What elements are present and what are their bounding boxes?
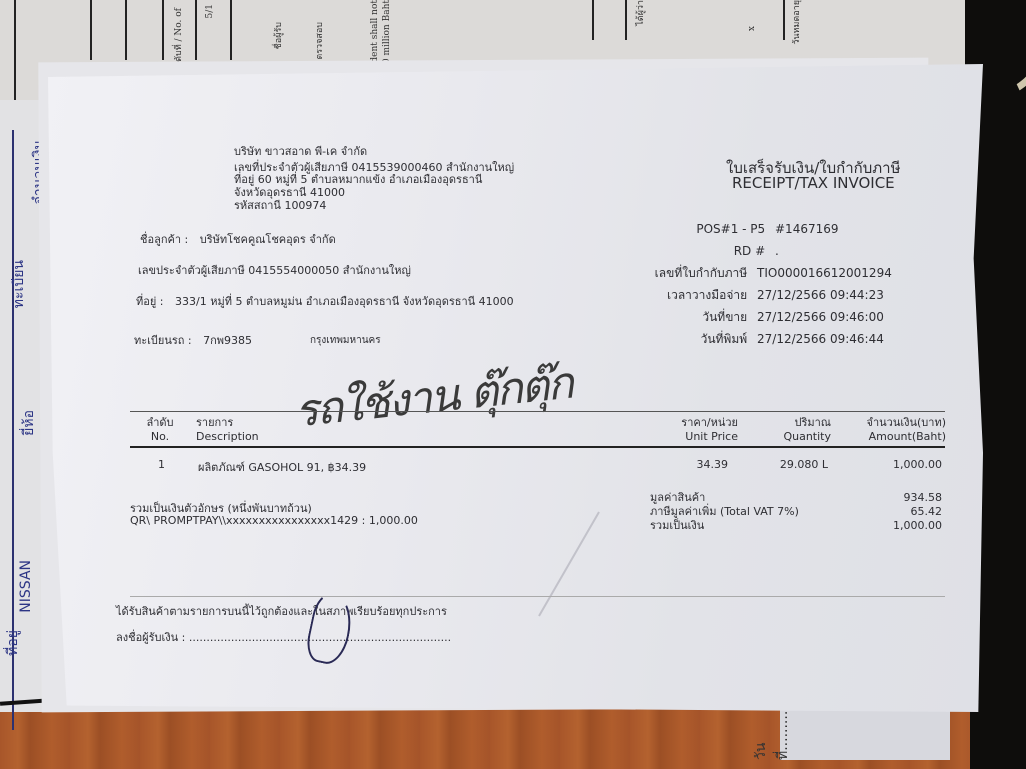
bg-text: NISSAN [18, 560, 34, 613]
signature-line: ลงชื่อผู้รับเงิน : .....................… [116, 628, 451, 646]
table-header-rule [130, 446, 945, 448]
customer-name: บริษัทโชคคูณโชคอุดร จำกัด [200, 233, 336, 246]
customer-address-label: ที่อยู่ : [136, 292, 164, 310]
bg-text: ได้ผู้ว่า [634, 0, 648, 26]
plate-line: ทะเบียนรถ : 7กพ9385 [134, 331, 252, 349]
bg-text: ชื่อผู้รับ [272, 22, 286, 49]
total-row-grand: รวมเป็นเงิน1,000.00 [650, 519, 942, 533]
signature-rule [130, 596, 945, 597]
print-date-label: วันที่พิมพ์ [701, 330, 748, 349]
row-quantity: 29.080 L [728, 458, 828, 471]
pos-number: #1467169 [775, 222, 893, 236]
handwritten-note: รถใช้งาน ตุ๊กตุ๊ก [291, 348, 575, 447]
title-english: RECEIPT/TAX INVOICE [732, 174, 895, 192]
sale-date: 27/12/2566 09:46:00 [757, 310, 893, 324]
total-row-vat: ภาษีมูลค่าเพิ่ม (Total VAT 7%)65.42 [650, 505, 942, 519]
nozzle-time-line: เวลาวางมือจ่าย 27/12/2566 09:44:23 [667, 286, 893, 305]
print-date: 27/12/2566 09:46:44 [757, 332, 893, 346]
header-no: ลำดับNo. [140, 416, 180, 444]
rd-line: RD # . [734, 244, 893, 258]
bg-text: ที่อยู่ [2, 630, 24, 656]
plate-label: ทะเบียนรถ : [134, 331, 192, 349]
row-unit-price: 34.39 [648, 458, 728, 471]
total-row-goods: มูลค่าสินค้า934.58 [650, 491, 942, 505]
company-block: บริษัท ขาวสอาด พี-เค จำกัด เลขที่ประจำตั… [234, 144, 514, 214]
bg-text: 5/1 [205, 4, 215, 18]
header-unit-price: ราคา/หน่วยUnit Price [648, 416, 738, 444]
row-description: ผลิตภัณฑ์ GASOHOL 91, ฿34.39 [198, 458, 366, 476]
pos-line: POS#1 - P5 #1467169 [696, 222, 893, 236]
header-amount: จำนวนเงิน(บาท)Amount(Baht) [828, 416, 946, 444]
customer-address-line: ที่อยู่ : 333/1 หมู่ที่ 5 ตำบลหมูม่น อำเ… [136, 292, 514, 310]
rd-value: . [775, 244, 893, 258]
row-amount: 1,000.00 [838, 458, 942, 471]
plate-number: 7กพ9385 [203, 334, 252, 347]
customer-address: 333/1 หมู่ที่ 5 ตำบลหมูม่น อำเภอเมืองอุด… [175, 295, 514, 308]
paper-crease [538, 512, 600, 617]
receipt-document: บริษัท ขาวสอาด พี-เค จำกัด เลขที่ประจำตั… [48, 64, 983, 712]
bg-text: วันหมดอายุ [790, 0, 804, 45]
receipt-statement: ได้รับสินค้าตามรายการบนนี้ไว้ถูกต้องและใ… [116, 602, 447, 620]
pos-id: POS#1 - P5 [696, 222, 765, 236]
payment-line: QR\ PROMPTPAY\\xxxxxxxxxxxxxxxx1429 : 1,… [130, 514, 418, 527]
bg-text: 10 million Baht [382, 0, 392, 70]
tax-invoice-line: เลขที่ใบกำกับภาษี TIO000016612001294 [655, 264, 893, 283]
tax-invoice-number: TIO000016612001294 [757, 266, 893, 280]
customer-tax-id: เลขประจำตัวผู้เสียภาษี 0415554000050 สำน… [138, 261, 411, 279]
customer-name-line: ชื่อลูกค้า : บริษัทโชคคูณโชคอุดร จำกัด [140, 230, 336, 248]
totals-block: มูลค่าสินค้า934.58 ภาษีมูลค่าเพิ่ม (Tota… [650, 491, 942, 533]
bg-text: ทะเบียน [8, 260, 30, 308]
nozzle-time-label: เวลาวางมือจ่าย [667, 286, 747, 305]
header-description: รายการDescription [196, 416, 259, 444]
sale-date-line: วันที่ขาย 27/12/2566 09:46:00 [702, 308, 893, 327]
customer-name-label: ชื่อลูกค้า : [140, 230, 188, 248]
bg-text: x [747, 26, 757, 31]
table-top-rule [130, 411, 945, 412]
row-no: 1 [158, 458, 165, 471]
bg-text: ยี่ห้อ [18, 410, 40, 436]
company-name: บริษัท ขาวสอาด พี-เค จำกัด [234, 144, 514, 160]
bg-text: ตรวจสอบ [313, 22, 327, 60]
tax-invoice-label: เลขที่ใบกำกับภาษี [655, 264, 748, 283]
header-quantity: ปริมาณQuantity [741, 416, 831, 444]
sale-date-label: วันที่ขาย [702, 308, 747, 327]
rd-label: RD # [734, 244, 765, 258]
print-date-line: วันที่พิมพ์ 27/12/2566 09:46:44 [701, 330, 893, 349]
plate-province: กรุงเทพมหานคร [310, 333, 381, 348]
nozzle-time: 27/12/2566 09:44:23 [757, 288, 893, 302]
branch-code: รหัสสถานี 100974 [234, 198, 514, 214]
